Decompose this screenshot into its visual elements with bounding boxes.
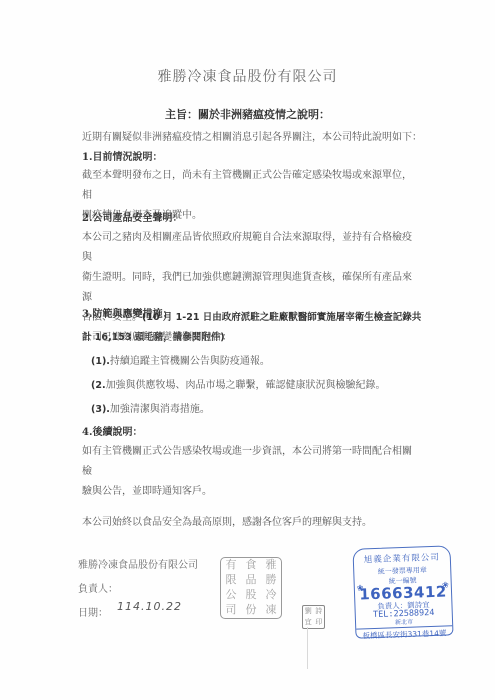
seal-char: 劉	[303, 606, 314, 617]
responsible-person-label: 負責人：	[78, 580, 118, 595]
seal-char: 股	[241, 588, 261, 603]
subject-line: 主旨：關於非洲豬瘟疫情之說明：	[0, 106, 495, 122]
seal-char: 印	[314, 617, 325, 628]
flower-icon: ❀	[442, 580, 449, 589]
date-label: 日期：	[78, 604, 108, 619]
measure-item-1-num: (1).	[91, 356, 110, 367]
section-2-line-2: 衛生證明。同時，我們已加強供應鏈溯源管理與進貨查核，確保所有產品來源	[82, 268, 418, 308]
measure-item-3-text: 加強清潔與消毒措施。	[110, 404, 210, 415]
section-4-heading: 4.後續說明：	[82, 423, 142, 438]
document-page: 雅勝冷凍食品股份有限公司 主旨：關於非洲豬瘟疫情之說明： 近期有關疑似非洲豬瘟疫…	[0, 0, 495, 700]
personal-seal: 劉 詩 宜 印	[302, 605, 325, 629]
section-2-heading: 2.公司產品安全聲明：	[82, 209, 182, 224]
section-3-intro: 公司已即刻啟動應變機制，包含：	[82, 328, 232, 343]
measure-item-2-text: 加強與供應牧場、肉品市場之聯繫，確認健康狀況與檢驗紀錄。	[106, 380, 386, 391]
closing-statement: 本公司始終以食品安全為最高原則，感謝各位客戶的理解與支持。	[82, 513, 372, 528]
measure-item-1-text: 持續追蹤主管機關公告與防疫通報。	[110, 356, 270, 367]
seal-char: 品	[241, 573, 261, 588]
measure-item-1: (1).持續追蹤主管機關公告與防疫通報。	[91, 352, 270, 367]
section-2-line-1: 本公司之豬肉及相關產品皆依照政府規範自合法來源取得，並持有合格檢疫與	[82, 228, 418, 268]
section-1-line-1: 截至本聲明發布之日，尚未有主管機關正式公告確定感染牧場或來源單位，相	[82, 166, 418, 206]
flower-icon: ❀	[357, 583, 364, 592]
company-seal: 雅 勝 冷 凍 食 品 股 份 有 限 公 司	[220, 557, 282, 619]
seal-char: 份	[241, 603, 261, 618]
measure-item-3: (3).加強清潔與消毒措施。	[91, 400, 210, 415]
seal-char: 冷	[261, 588, 281, 603]
handwritten-date: 114.10.22	[117, 600, 182, 613]
measure-item-2: (2.加強與供應牧場、肉品市場之聯繫，確認健康狀況與檢驗紀錄。	[91, 376, 386, 391]
seal-char: 有	[221, 558, 241, 573]
section-2-inspection-note: (10 月 1-21 日由政府派駐之駐廠獸醫師實施屠宰衛生檢查記錄共	[142, 312, 421, 323]
section-3-heading: 3.防範與應變措施：	[82, 305, 172, 320]
measure-item-2-num: (2.	[91, 380, 106, 391]
seal-char: 公	[221, 588, 241, 603]
company-title: 雅勝冷凍食品股份有限公司	[0, 66, 495, 86]
section-4-body: 如有主管機關正式公告感染牧場或進一步資訊，本公司將第一時間配合相關檢 驗與公告，…	[82, 442, 418, 502]
section-1-heading: 1.目前情況說明：	[82, 148, 162, 163]
signature-company: 雅勝冷凍食品股份有限公司	[78, 556, 198, 571]
seal-char: 凍	[261, 603, 281, 618]
invoice-seal-tax-id: 16663412	[355, 584, 451, 602]
seal-char: 雅	[261, 558, 281, 573]
seal-char: 限	[221, 573, 241, 588]
seal-char: 宜	[303, 617, 314, 628]
invoice-seal: ❀ ❀ 旭義企業有限公司 統一發票專用章 統一編號 16663412 負責人：劉…	[352, 545, 453, 638]
invoice-seal-address: 板橋區長安街331巷14號	[356, 625, 452, 641]
seal-char: 詩	[314, 606, 325, 617]
fold-line	[307, 627, 308, 669]
section-4-line-1: 如有主管機關正式公告感染牧場或進一步資訊，本公司將第一時間配合相關檢	[82, 442, 418, 482]
seal-char: 勝	[261, 573, 281, 588]
invoice-seal-company: 旭義企業有限公司	[354, 550, 450, 565]
intro-paragraph: 近期有關疑似非洲豬瘟疫情之相關消息引起各界關注，本公司特此說明如下：	[82, 128, 422, 143]
seal-char: 司	[221, 603, 241, 618]
measure-item-3-num: (3).	[91, 404, 110, 415]
seal-char: 食	[241, 558, 261, 573]
section-4-line-2: 驗與公告，並即時通知客戶。	[82, 482, 418, 502]
